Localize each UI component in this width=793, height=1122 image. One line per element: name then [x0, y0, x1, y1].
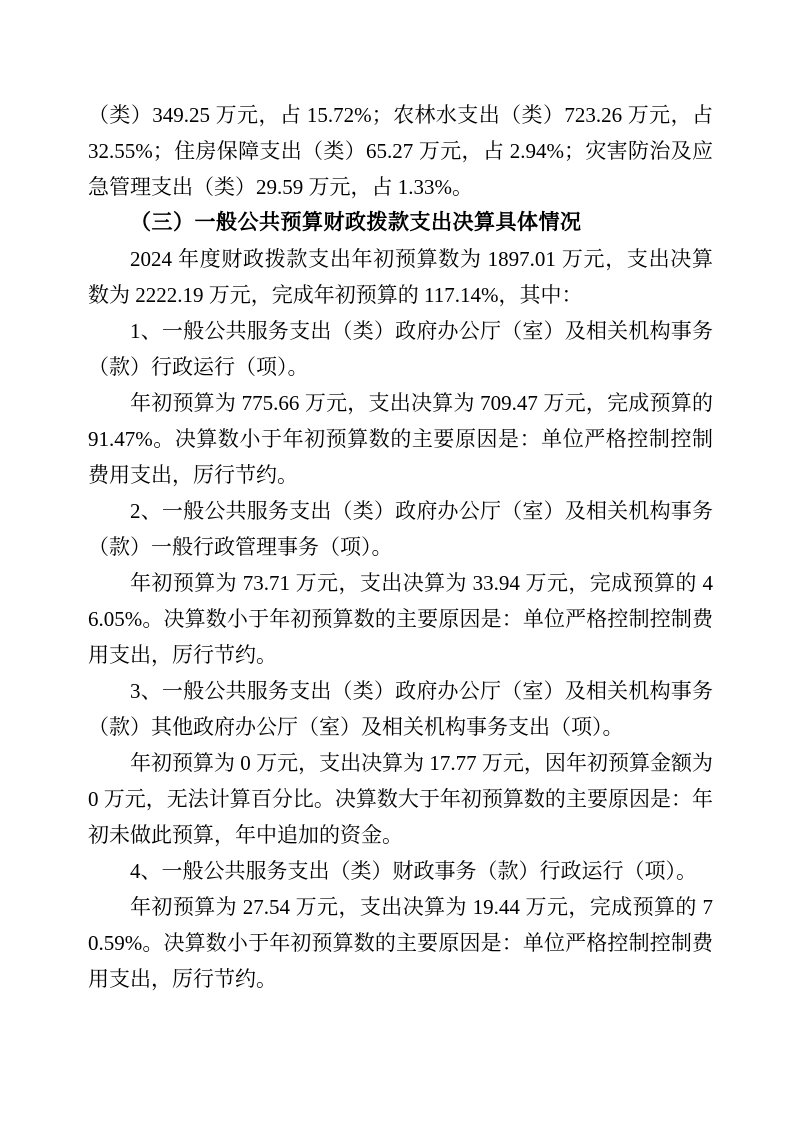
- item-1-title: 1、一般公共服务支出（类）政府办公厅（室）及相关机构事务（款）行政运行（项）。: [88, 313, 713, 385]
- document-page: （类）349.25 万元，占 15.72%；农林水支出（类）723.26 万元，…: [0, 0, 793, 1122]
- intro-paragraph: 2024 年度财政拨款支出年初预算数为 1897.01 万元，支出决算数为 22…: [88, 241, 713, 313]
- item-2-title: 2、一般公共服务支出（类）政府办公厅（室）及相关机构事务（款）一般行政管理事务（…: [88, 493, 713, 565]
- item-4-title: 4、一般公共服务支出（类）财政事务（款）行政运行（项）。: [88, 853, 713, 889]
- item-4-detail: 年初预算为 27.54 万元，支出决算为 19.44 万元，完成预算的 70.5…: [88, 889, 713, 997]
- section-heading: （三）一般公共预算财政拨款支出决算具体情况: [88, 205, 713, 241]
- item-1-detail: 年初预算为 775.66 万元，支出决算为 709.47 万元，完成预算的 91…: [88, 385, 713, 493]
- document-body: （类）349.25 万元，占 15.72%；农林水支出（类）723.26 万元，…: [88, 97, 713, 997]
- item-3-title: 3、一般公共服务支出（类）政府办公厅（室）及相关机构事务（款）其他政府办公厅（室…: [88, 673, 713, 745]
- continuation-paragraph: （类）349.25 万元，占 15.72%；农林水支出（类）723.26 万元，…: [88, 97, 713, 205]
- item-3-detail: 年初预算为 0 万元，支出决算为 17.77 万元，因年初预算金额为 0 万元，…: [88, 745, 713, 853]
- item-2-detail: 年初预算为 73.71 万元，支出决算为 33.94 万元，完成预算的 46.0…: [88, 565, 713, 673]
